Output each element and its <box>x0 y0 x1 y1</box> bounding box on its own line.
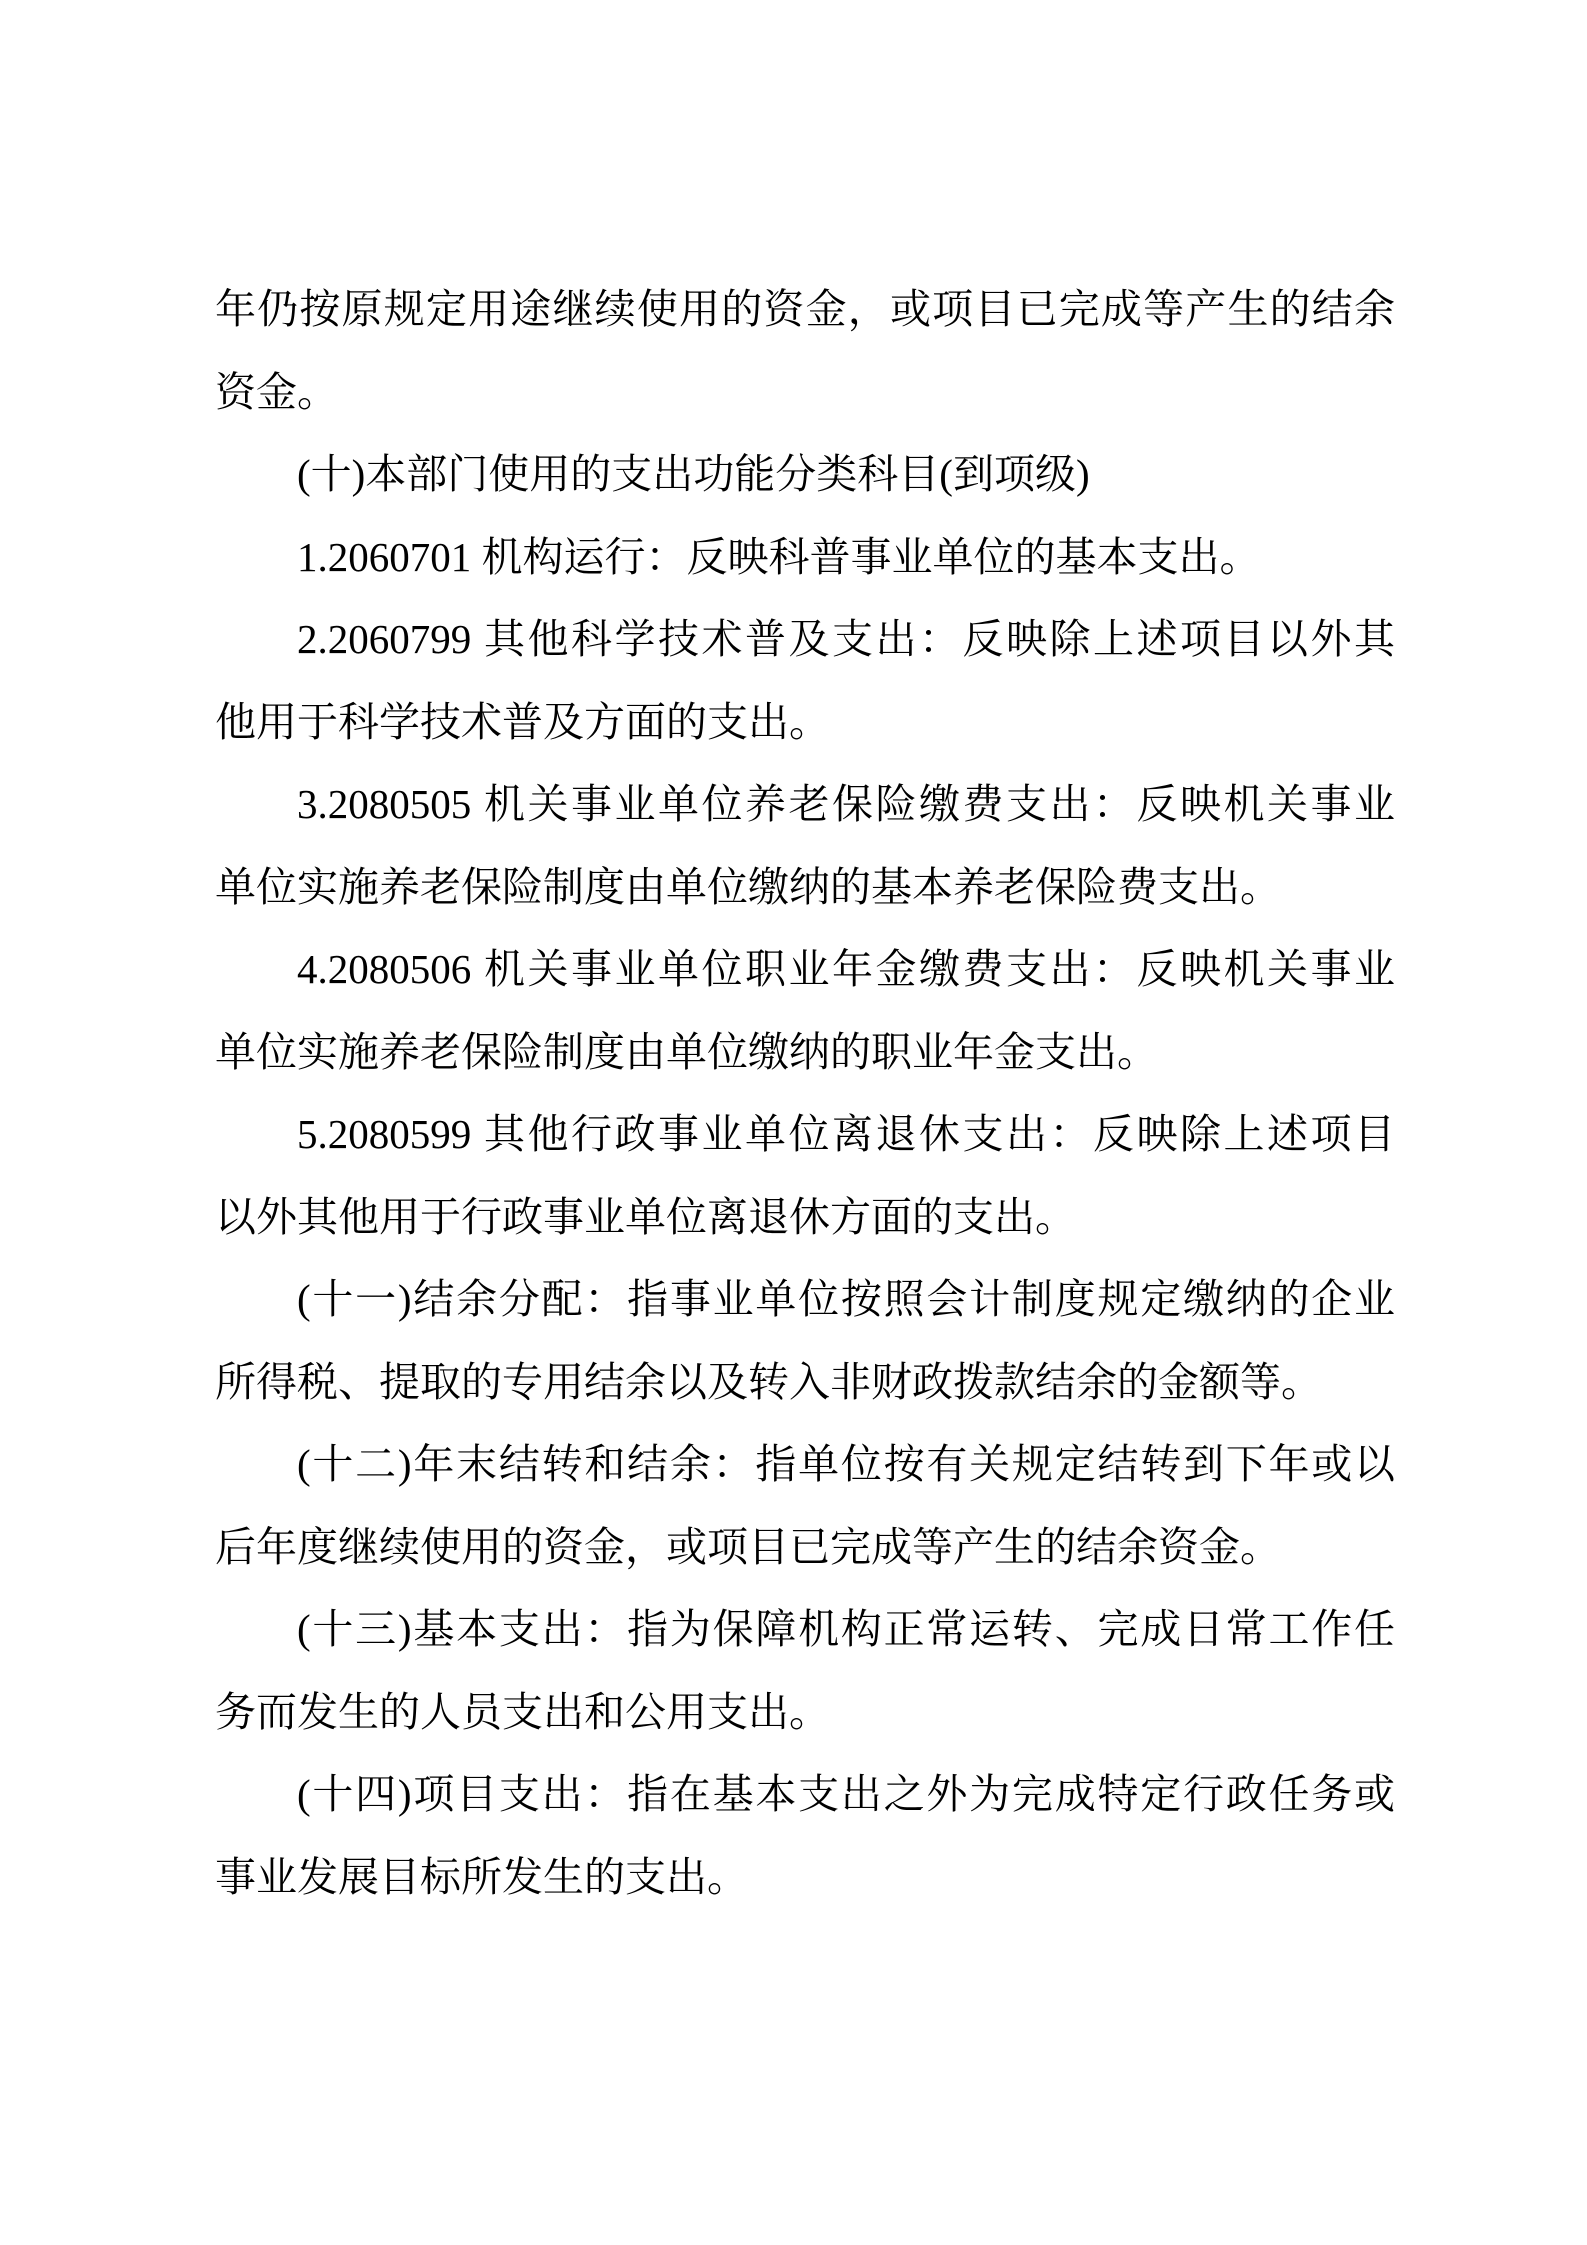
text-line: 所得税、提取的专用结余以及转入非财政拨款结余的金额等。 <box>215 1341 1395 1424</box>
text-line: (十四)项目支出：指在基本支出之外为完成特定行政任务或 <box>215 1753 1395 1836</box>
paragraph-item-2: 2.2060799 其他科学技术普及支出：反映除上述项目以外其 他用于科学技术普… <box>215 598 1395 763</box>
paragraph-item-1: 1.2060701 机构运行：反映科普事业单位的基本支出。 <box>215 516 1395 599</box>
paragraph-item-3: 3.2080505 机关事业单位养老保险缴费支出：反映机关事业 单位实施养老保险… <box>215 763 1395 928</box>
document-body: 年仍按原规定用途继续使用的资金，或项目已完成等产生的结余 资金。 (十)本部门使… <box>215 268 1395 1918</box>
text-line: (十)本部门使用的支出功能分类科目(到项级) <box>215 433 1395 516</box>
text-line: 资金。 <box>215 351 1395 434</box>
paragraph-item-4: 4.2080506 机关事业单位职业年金缴费支出：反映机关事业 单位实施养老保险… <box>215 928 1395 1093</box>
paragraph-item-5: 5.2080599 其他行政事业单位离退休支出：反映除上述项目 以外其他用于行政… <box>215 1093 1395 1258</box>
text-line: 他用于科学技术普及方面的支出。 <box>215 681 1395 764</box>
text-line: (十二)年末结转和结余：指单位按有关规定结转到下年或以 <box>215 1423 1395 1506</box>
text-line: 单位实施养老保险制度由单位缴纳的职业年金支出。 <box>215 1011 1395 1094</box>
paragraph-section-13: (十三)基本支出：指为保障机构正常运转、完成日常工作任 务而发生的人员支出和公用… <box>215 1588 1395 1753</box>
paragraph-section-10: (十)本部门使用的支出功能分类科目(到项级) <box>215 433 1395 516</box>
text-line: 5.2080599 其他行政事业单位离退休支出：反映除上述项目 <box>215 1093 1395 1176</box>
paragraph-continuation: 年仍按原规定用途继续使用的资金，或项目已完成等产生的结余 资金。 <box>215 268 1395 433</box>
paragraph-section-12: (十二)年末结转和结余：指单位按有关规定结转到下年或以 后年度继续使用的资金，或… <box>215 1423 1395 1588</box>
paragraph-section-11: (十一)结余分配：指事业单位按照会计制度规定缴纳的企业 所得税、提取的专用结余以… <box>215 1258 1395 1423</box>
text-line: 4.2080506 机关事业单位职业年金缴费支出：反映机关事业 <box>215 928 1395 1011</box>
text-line: 以外其他用于行政事业单位离退休方面的支出。 <box>215 1176 1395 1259</box>
text-line: 年仍按原规定用途继续使用的资金，或项目已完成等产生的结余 <box>215 268 1395 351</box>
text-line: 单位实施养老保险制度由单位缴纳的基本养老保险费支出。 <box>215 846 1395 929</box>
text-line: (十一)结余分配：指事业单位按照会计制度规定缴纳的企业 <box>215 1258 1395 1341</box>
paragraph-section-14: (十四)项目支出：指在基本支出之外为完成特定行政任务或 事业发展目标所发生的支出… <box>215 1753 1395 1918</box>
text-line: 后年度继续使用的资金，或项目已完成等产生的结余资金。 <box>215 1506 1395 1589</box>
text-line: 务而发生的人员支出和公用支出。 <box>215 1671 1395 1754</box>
document-page: 年仍按原规定用途继续使用的资金，或项目已完成等产生的结余 资金。 (十)本部门使… <box>0 0 1587 2245</box>
text-line: 事业发展目标所发生的支出。 <box>215 1836 1395 1919</box>
text-line: (十三)基本支出：指为保障机构正常运转、完成日常工作任 <box>215 1588 1395 1671</box>
text-line: 1.2060701 机构运行：反映科普事业单位的基本支出。 <box>215 516 1395 599</box>
text-line: 3.2080505 机关事业单位养老保险缴费支出：反映机关事业 <box>215 763 1395 846</box>
text-line: 2.2060799 其他科学技术普及支出：反映除上述项目以外其 <box>215 598 1395 681</box>
